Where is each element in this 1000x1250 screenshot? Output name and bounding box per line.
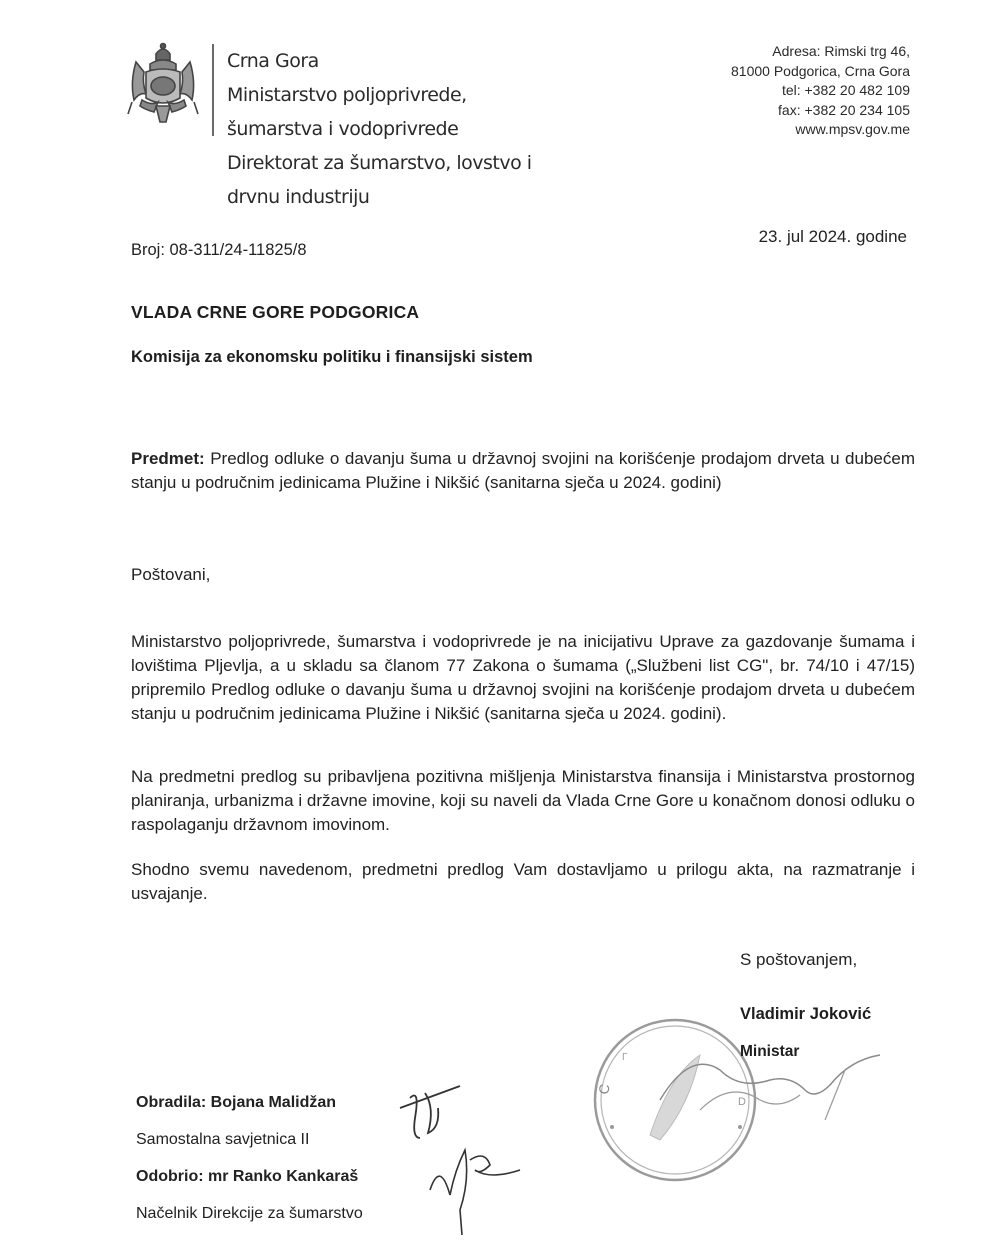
org-line: drvnu industriju bbox=[227, 180, 532, 214]
montenegro-coat-of-arms-icon bbox=[126, 42, 200, 128]
org-line: Ministarstvo poljoprivrede, bbox=[227, 78, 532, 112]
prepared-by-title: Samostalna savjetnica II bbox=[136, 1121, 363, 1158]
letter-page: Crna Gora Ministarstvo poljoprivrede, šu… bbox=[0, 0, 1000, 1250]
prepared-by: Obradila: Bojana Malidžan bbox=[136, 1084, 363, 1121]
org-line: Crna Gora bbox=[227, 44, 532, 78]
initials-signature-icon bbox=[420, 1140, 530, 1240]
address-line: Adresa: Rimski trg 46, bbox=[731, 42, 910, 62]
recipient-name: VLADA CRNE GORE PODGORICA bbox=[131, 302, 419, 323]
reference-number: Broj: 08-311/24-11825/8 bbox=[131, 241, 307, 260]
subject-text: Predlog odluke o davanju šuma u državnoj… bbox=[131, 449, 915, 492]
svg-text:C: C bbox=[595, 1083, 613, 1096]
recipient-body: Komisija za ekonomsku politiku i finansi… bbox=[131, 348, 533, 367]
header-divider bbox=[212, 44, 214, 136]
website-line: www.mpsv.gov.me bbox=[731, 120, 910, 140]
svg-text:Г: Г bbox=[622, 1052, 628, 1063]
signer-title: Ministar bbox=[740, 1043, 799, 1061]
initials-signature-icon bbox=[390, 1078, 470, 1148]
salutation: Poštovani, bbox=[131, 565, 210, 585]
body-paragraph: Na predmetni predlog su pribavljena pozi… bbox=[131, 765, 915, 837]
body-paragraph: Ministarstvo poljoprivrede, šumarstva i … bbox=[131, 630, 915, 726]
phone-line: tel: +382 20 482 109 bbox=[731, 81, 910, 101]
approved-by: Odobrio: mr Ranko Kankaraš bbox=[136, 1158, 363, 1195]
document-date: 23. jul 2024. godine bbox=[759, 227, 907, 247]
closing-phrase: S poštovanjem, bbox=[740, 950, 857, 970]
organization-block: Crna Gora Ministarstvo poljoprivrede, šu… bbox=[227, 44, 532, 214]
subject-label: Predmet: bbox=[131, 449, 205, 468]
address-line: 81000 Podgorica, Crna Gora bbox=[731, 62, 910, 82]
address-block: Adresa: Rimski trg 46, 81000 Podgorica, … bbox=[731, 42, 910, 140]
approved-by-title: Načelnik Direkcije za šumarstvo bbox=[136, 1195, 363, 1232]
signer-name: Vladimir Joković bbox=[740, 1005, 871, 1024]
footer-block: Obradila: Bojana Malidžan Samostalna sav… bbox=[136, 1084, 363, 1232]
body-paragraph: Shodno svemu navedenom, predmetni predlo… bbox=[131, 858, 915, 906]
org-line: Direktorat za šumarstvo, lovstvo i bbox=[227, 146, 532, 180]
subject: Predmet: Predlog odluke o davanju šuma u… bbox=[131, 447, 915, 495]
fax-line: fax: +382 20 234 105 bbox=[731, 101, 910, 121]
org-line: šumarstva i vodoprivrede bbox=[227, 112, 532, 146]
